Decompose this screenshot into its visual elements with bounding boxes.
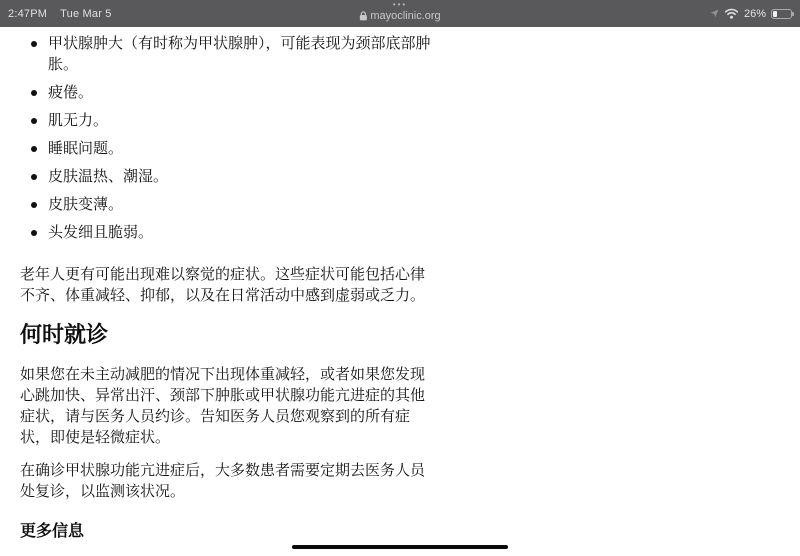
list-item-text: 甲状腺肿大（有时称为甲状腺肿），可能表现为颈部底部肿	[48, 33, 480, 54]
domain-label: mayoclinic.org	[370, 10, 440, 22]
section-heading-when-to-see-doctor: 何时就诊	[20, 320, 480, 350]
statusbar-right: 26%	[710, 0, 792, 27]
date: Tue Mar 5	[60, 8, 112, 20]
symptom-list: 甲状腺肿大（有时称为甲状腺肿），可能表现为颈部底部肿 胀。 疲倦。 肌无力。 睡…	[20, 33, 480, 243]
url-pill[interactable]: ••• mayoclinic.org	[359, 1, 440, 22]
list-item-text: 疲倦。	[48, 82, 480, 103]
paragraph-elderly: 老年人更有可能出现难以察觉的症状。这些症状可能包括心律 不齐、体重减轻、抑郁，以…	[20, 264, 480, 306]
list-item: 睡眠问题。	[20, 138, 480, 159]
battery-percent-label: 26%	[744, 8, 766, 20]
list-item: 甲状腺肿大（有时称为甲状腺肿），可能表现为颈部底部肿 胀。	[20, 33, 480, 75]
ipad-screen: 2:47PM Tue Mar 5 ••• mayoclinic.org	[0, 0, 800, 556]
address-display[interactable]: mayoclinic.org	[359, 10, 440, 22]
home-indicator[interactable]	[292, 545, 508, 549]
location-arrow-icon	[710, 9, 719, 18]
safari-compact-toolbar: 2:47PM Tue Mar 5 ••• mayoclinic.org	[0, 0, 800, 27]
paragraph-followup: 在确诊甲状腺功能亢进症后，大多数患者需要定期去医务人员 处复诊，以监测该状况。	[20, 460, 480, 502]
list-item: 头发细且脆弱。	[20, 222, 480, 243]
list-item-text: 睡眠问题。	[48, 138, 480, 159]
list-item: 皮肤变薄。	[20, 194, 480, 215]
list-item-text: 胀。	[48, 54, 480, 75]
list-item-text: 头发细且脆弱。	[48, 222, 480, 243]
list-item-text: 皮肤温热、潮湿。	[48, 166, 480, 187]
list-item-text: 皮肤变薄。	[48, 194, 480, 215]
statusbar-left: 2:47PM Tue Mar 5	[8, 0, 112, 27]
battery-nub	[792, 12, 794, 16]
clock: 2:47PM	[8, 8, 47, 20]
list-item-text: 肌无力。	[48, 110, 480, 131]
list-item: 肌无力。	[20, 110, 480, 131]
list-item: 皮肤温热、潮湿。	[20, 166, 480, 187]
battery-icon	[771, 9, 792, 19]
battery-fill	[773, 11, 777, 17]
page-options-icon[interactable]: •••	[393, 1, 407, 9]
paragraph-when-to-see-doctor: 如果您在未主动减肥的情况下出现体重减轻，或者如果您发现 心跳加快、异常出汗、颈部…	[20, 364, 480, 448]
lock-icon	[359, 11, 367, 21]
article-content[interactable]: 甲状腺肿大（有时称为甲状腺肿），可能表现为颈部底部肿 胀。 疲倦。 肌无力。 睡…	[0, 27, 480, 543]
list-item: 疲倦。	[20, 82, 480, 103]
section-heading-more-info: 更多信息	[20, 521, 480, 543]
wifi-icon	[724, 8, 739, 19]
